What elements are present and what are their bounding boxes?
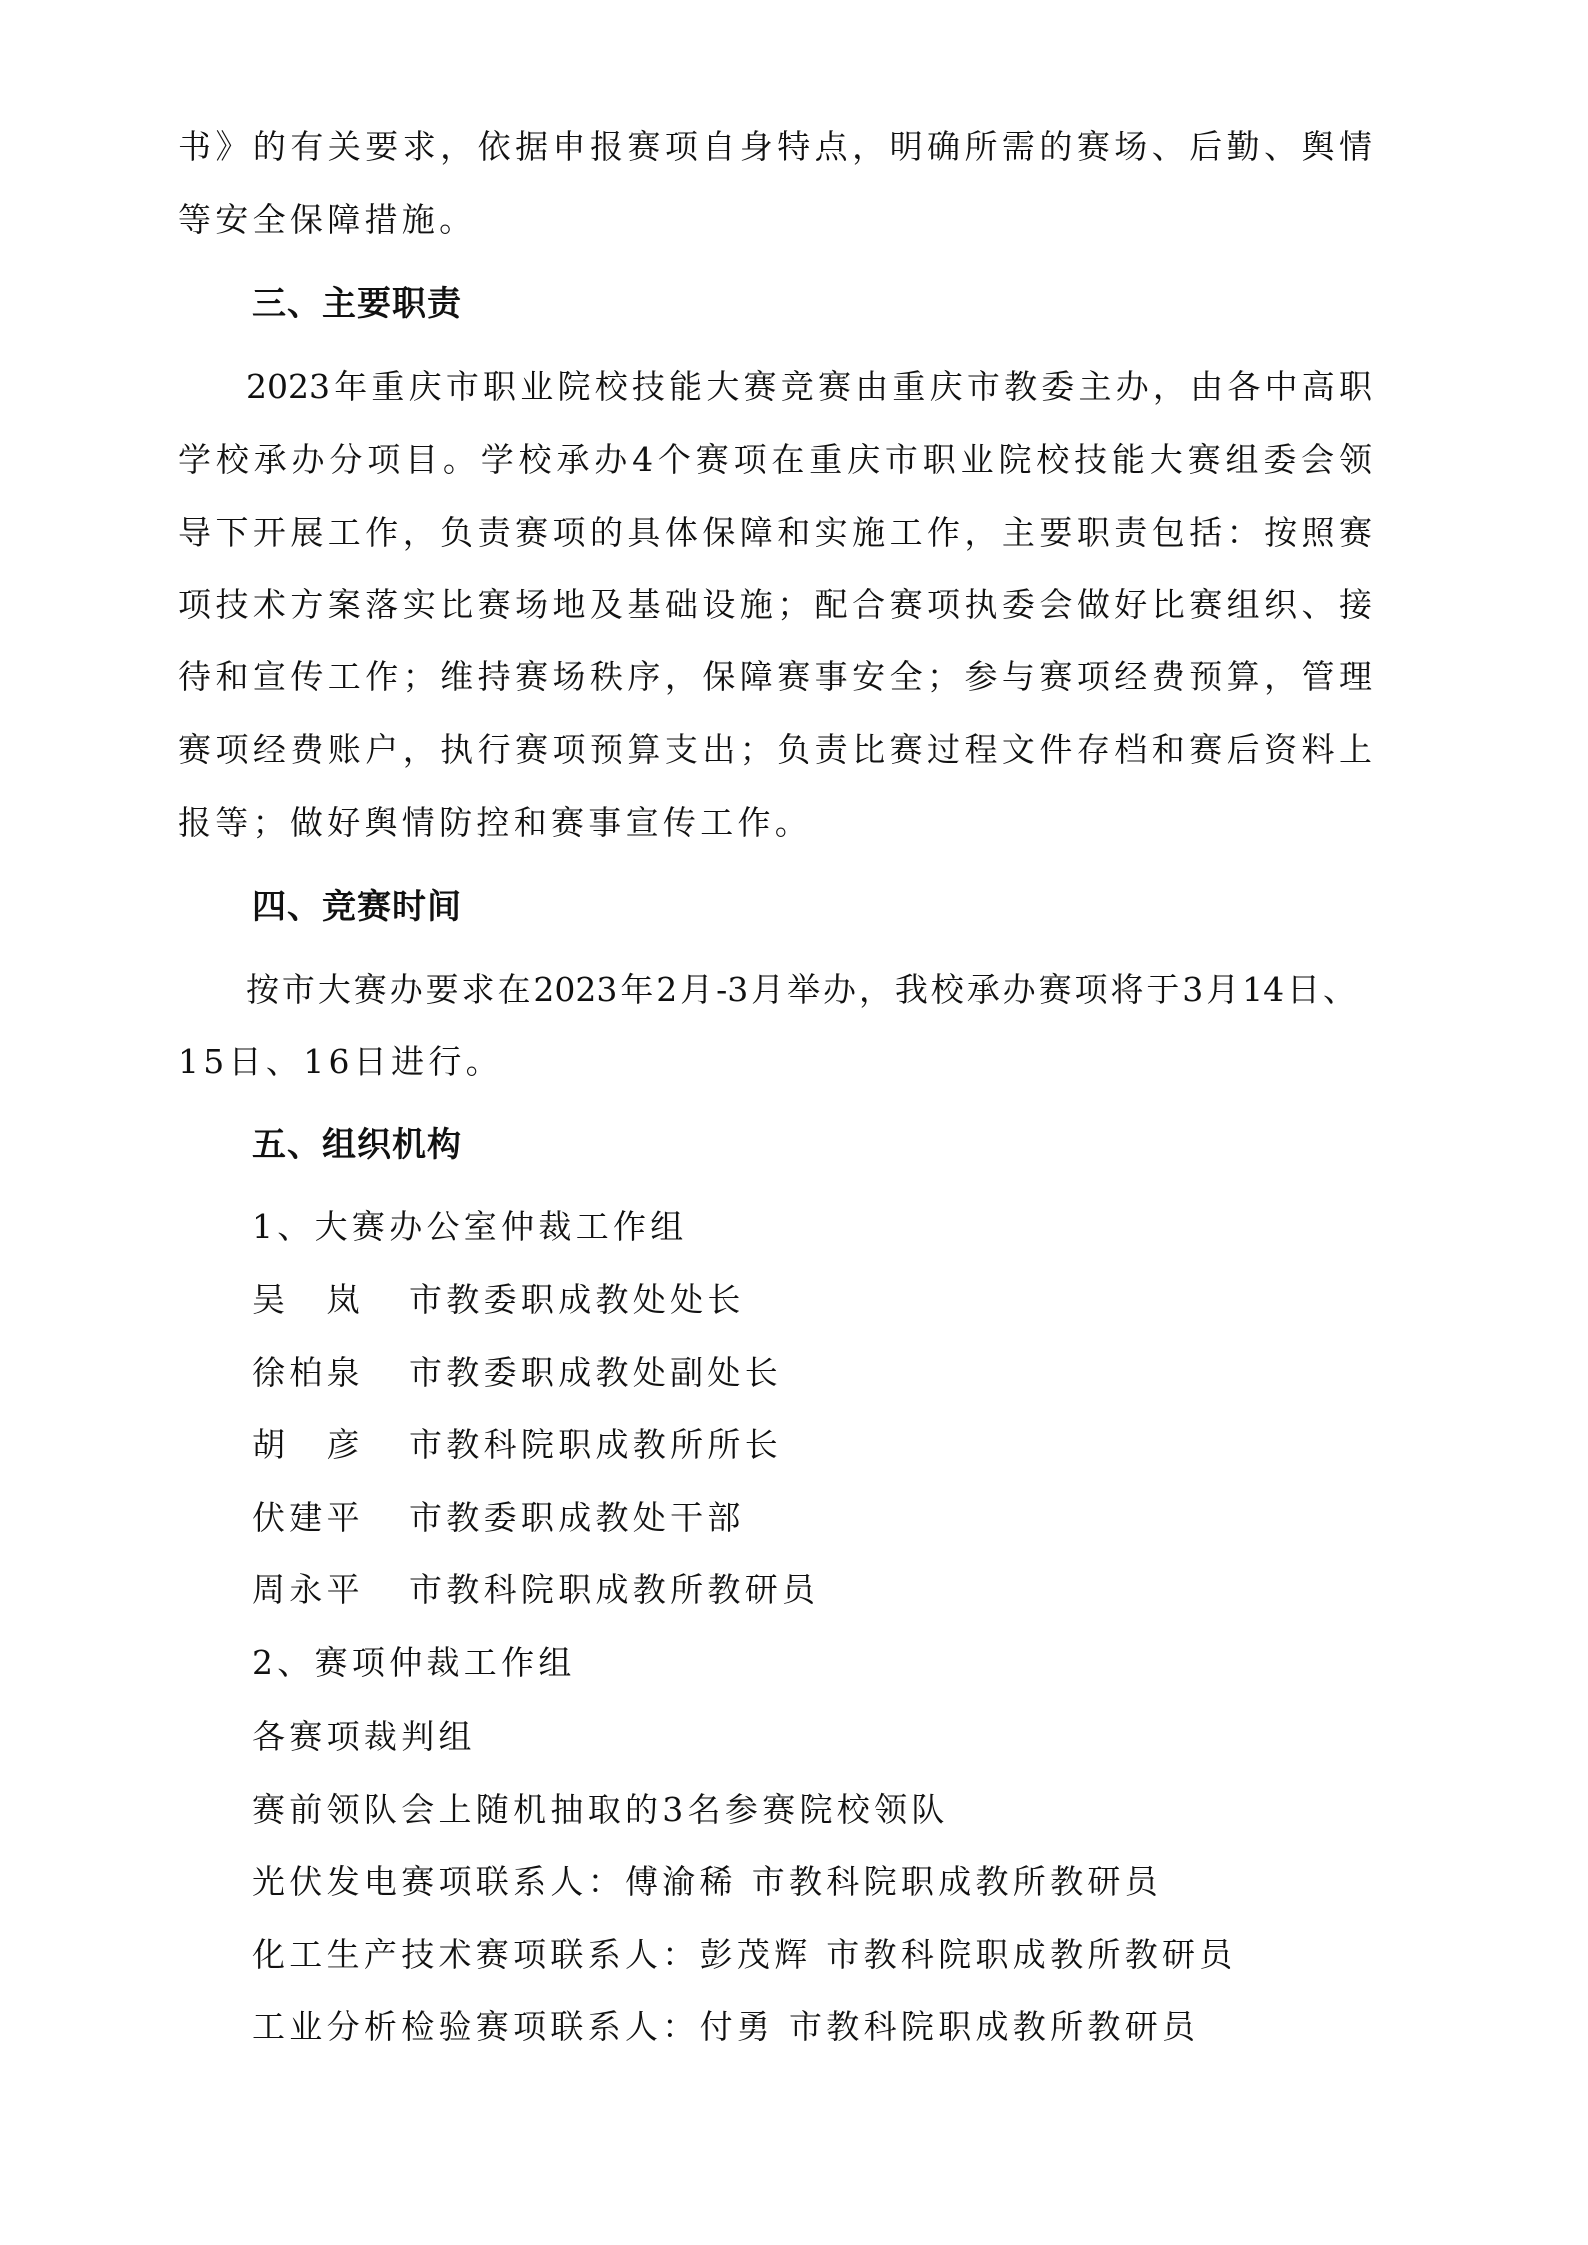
paragraph-line: 导下开展工作，负责赛项的具体保障和实施工作，主要职责包括：按照赛 <box>178 513 1372 553</box>
member-row: 伏建平市教委职成教处干部 <box>252 1498 745 1538</box>
section-heading-duties: 三、主要职责 <box>252 284 462 324</box>
paragraph-line: 项技术方案落实比赛场地及基础设施；配合赛项执委会做好比赛组织、接 <box>178 585 1372 625</box>
paragraph-line: 学校承办分项目。学校承办4个赛项在重庆市职业院校技能大赛组委会领 <box>178 440 1372 480</box>
member-role: 市教委职成教处副处长 <box>409 1353 782 1392</box>
list-item: 各赛项裁判组 <box>252 1717 476 1757</box>
member-role: 市教科院职成教所所长 <box>409 1425 782 1464</box>
paragraph-line: 2023年重庆市职业院校技能大赛竞赛由重庆市教委主办，由各中高职 <box>246 367 1372 407</box>
contact-item: 工业分析检验赛项联系人：付勇 市教科院职成教所教研员 <box>252 2007 1199 2047</box>
paragraph-line: 书》的有关要求，依据申报赛项自身特点，明确所需的赛场、后勤、舆情 <box>178 127 1372 167</box>
paragraph-line: 报等；做好舆情防控和赛事宣传工作。 <box>178 803 812 843</box>
list-item: 赛前领队会上随机抽取的3名参赛院校领队 <box>252 1790 949 1830</box>
paragraph-line: 按市大赛办要求在2023年2月-3月举办，我校承办赛项将于3月14日、 <box>246 970 1356 1010</box>
paragraph-line: 赛项经费账户，执行赛项预算支出；负责比赛过程文件存档和赛后资料上 <box>178 730 1372 770</box>
member-name: 胡 彦 <box>252 1425 409 1465</box>
group-title-event-arbitration: 2、赛项仲裁工作组 <box>252 1643 576 1683</box>
group-title-arbitration-office: 1、大赛办公室仲裁工作组 <box>252 1207 688 1247</box>
contact-item: 光伏发电赛项联系人：傅渝稀 市教科院职成教所教研员 <box>252 1862 1162 1902</box>
contact-item: 化工生产技术赛项联系人：彭茂辉 市教科院职成教所教研员 <box>252 1935 1237 1975</box>
member-row: 徐柏泉市教委职成教处副处长 <box>252 1353 782 1393</box>
member-name: 伏建平 <box>252 1498 409 1538</box>
member-name: 周永平 <box>252 1570 409 1610</box>
member-name: 徐柏泉 <box>252 1353 409 1393</box>
member-row: 周永平市教科院职成教所教研员 <box>252 1570 819 1610</box>
member-role: 市教委职成教处干部 <box>409 1498 745 1537</box>
member-role: 市教委职成教处处长 <box>409 1280 745 1319</box>
section-heading-schedule: 四、竞赛时间 <box>252 887 462 927</box>
member-name: 吴 岚 <box>252 1280 409 1320</box>
member-row: 吴 岚市教委职成教处处长 <box>252 1280 745 1320</box>
paragraph-line: 待和宣传工作；维持赛场秩序，保障赛事安全；参与赛项经费预算，管理 <box>178 657 1372 697</box>
member-row: 胡 彦市教科院职成教所所长 <box>252 1425 782 1465</box>
paragraph-line: 等安全保障措施。 <box>178 200 476 240</box>
paragraph-line: 15日、16日进行。 <box>178 1042 503 1082</box>
member-role: 市教科院职成教所教研员 <box>409 1570 819 1609</box>
section-heading-organization: 五、组织机构 <box>252 1125 462 1165</box>
